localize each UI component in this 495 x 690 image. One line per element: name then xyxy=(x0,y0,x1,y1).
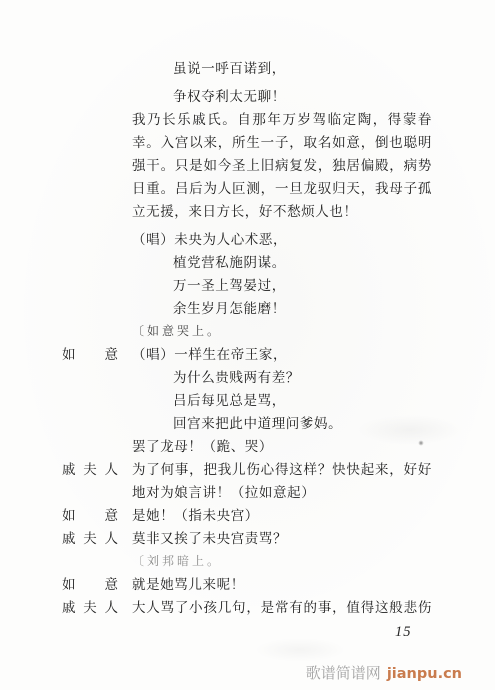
script-line: 虽说一呼百诺到， xyxy=(62,57,432,80)
script-line: 地对为娘言讲！（拉如意起） xyxy=(62,481,432,504)
line-text: 万一圣上驾晏过， xyxy=(132,274,432,297)
script-line: 强干。只是如今圣上旧病复发，独居偏殿，病势 xyxy=(62,154,432,177)
speaker-name xyxy=(62,251,118,274)
script-line: 如意 （唱）一样生在帝王家， xyxy=(62,343,432,366)
script-line: 我乃长乐戚氏。自那年万岁驾临定陶，得蒙眷 xyxy=(62,108,432,131)
script-line: 〔如意哭上。 xyxy=(62,320,432,343)
watermark: 歌谱简谱网jianpu.cn xyxy=(306,662,462,683)
script-line: 幸。入宫以来，所生一子，取名如意，倒也聪明 xyxy=(62,131,432,154)
line-text: 我乃长乐戚氏。自那年万岁驾临定陶，得蒙眷 xyxy=(132,108,432,131)
script-line: 为什么贵贱两有差？ xyxy=(62,366,432,389)
line-text: 立无援，来日方长，好不愁烦人也！ xyxy=(132,200,432,223)
speaker-name: 如意 xyxy=(62,573,118,596)
page-number: 15 xyxy=(395,624,412,641)
script-line: 如意 就是她骂儿来呢！ xyxy=(62,573,432,596)
line-text: 莫非又挨了未央宫责骂？ xyxy=(132,527,432,550)
line-text: 是她！（指未央宫） xyxy=(132,504,432,527)
script-line: 戚夫人 莫非又挨了未央宫责骂？ xyxy=(62,527,432,550)
line-text: 地对为娘言讲！（拉如意起） xyxy=(132,481,432,504)
script-line: 回宫来把此中道理问爹妈。 xyxy=(62,412,432,435)
line-text: 罢了龙母！（跪、哭） xyxy=(132,435,432,458)
speaker-name xyxy=(62,57,118,80)
speaker-name xyxy=(62,389,118,412)
line-text: 虽说一呼百诺到， xyxy=(132,57,432,80)
line-text: 回宫来把此中道理问爹妈。 xyxy=(132,412,432,435)
speaker-name xyxy=(62,85,118,108)
speaker-name: 如意 xyxy=(62,343,118,366)
speaker-name xyxy=(62,108,118,131)
script-line: 余生岁月怎能磨！ xyxy=(62,297,432,320)
speaker-name xyxy=(62,200,118,223)
script-text: 虽说一呼百诺到， 争权夺利太无聊！ 我乃长乐戚氏。自那年万岁驾临定陶，得蒙眷 幸… xyxy=(62,57,432,619)
line-text: 就是她骂儿来呢！ xyxy=(132,573,432,596)
speaker-name: 戚夫人 xyxy=(62,527,118,550)
speaker-name xyxy=(62,274,118,297)
speaker-name xyxy=(62,412,118,435)
line-text: 强干。只是如今圣上旧病复发，独居偏殿，病势 xyxy=(132,154,432,177)
line-text: 幸。入宫以来，所生一子，取名如意，倒也聪明 xyxy=(132,131,432,154)
speaker-name xyxy=(62,154,118,177)
script-line: 罢了龙母！（跪、哭） xyxy=(62,435,432,458)
speaker-name xyxy=(62,177,118,200)
line-text: 〔刘邦暗上。 xyxy=(132,550,432,573)
scanned-page: 虽说一呼百诺到， 争权夺利太无聊！ 我乃长乐戚氏。自那年万岁驾临定陶，得蒙眷 幸… xyxy=(0,0,495,690)
speaker-name: 戚夫人 xyxy=(62,458,118,481)
speaker-name: 戚夫人 xyxy=(62,596,118,619)
line-text: 植党营私施阴谋。 xyxy=(132,251,432,274)
speaker-name xyxy=(62,131,118,154)
script-line: 戚夫人 为了何事，把我儿伤心得这样？快快起来，好好 xyxy=(62,458,432,481)
script-line: 日重。吕后为人叵测，一旦龙驭归天，我母子孤 xyxy=(62,177,432,200)
line-text: 为什么贵贱两有差？ xyxy=(132,366,432,389)
script-line: 争权夺利太无聊！ xyxy=(62,85,432,108)
script-line: 戚夫人 大人骂了小孩几句，是常有的事，值得这般悲伤 xyxy=(62,596,432,619)
script-line: （唱）未央为人心术恶， xyxy=(62,228,432,251)
watermark-site-url: jianpu.cn xyxy=(387,666,462,682)
watermark-site-name: 歌谱简谱网 xyxy=(306,666,381,682)
script-line: 万一圣上驾晏过， xyxy=(62,274,432,297)
speaker-name xyxy=(62,550,118,573)
line-text: 日重。吕后为人叵测，一旦龙驭归天，我母子孤 xyxy=(132,177,432,200)
speaker-name xyxy=(62,297,118,320)
speaker-name xyxy=(62,435,118,458)
line-text: 〔如意哭上。 xyxy=(132,320,432,343)
speaker-name xyxy=(62,481,118,504)
script-line: 立无援，来日方长，好不愁烦人也！ xyxy=(62,200,432,223)
script-line: 如意 是她！（指未央宫） xyxy=(62,504,432,527)
speaker-name: 如意 xyxy=(62,504,118,527)
speaker-name xyxy=(62,228,118,251)
line-text: （唱）一样生在帝王家， xyxy=(132,343,432,366)
line-text: 余生岁月怎能磨！ xyxy=(132,297,432,320)
line-text: 争权夺利太无聊！ xyxy=(132,85,432,108)
line-text: 吕后每见总是骂， xyxy=(132,389,432,412)
line-text: （唱）未央为人心术恶， xyxy=(132,228,432,251)
speaker-name xyxy=(62,366,118,389)
line-text: 大人骂了小孩几句，是常有的事，值得这般悲伤 xyxy=(132,596,432,619)
script-line: 吕后每见总是骂， xyxy=(62,389,432,412)
script-line: 植党营私施阴谋。 xyxy=(62,251,432,274)
speaker-name xyxy=(62,320,118,343)
line-text: 为了何事，把我儿伤心得这样？快快起来，好好 xyxy=(132,458,432,481)
script-line: 〔刘邦暗上。 xyxy=(62,550,432,573)
